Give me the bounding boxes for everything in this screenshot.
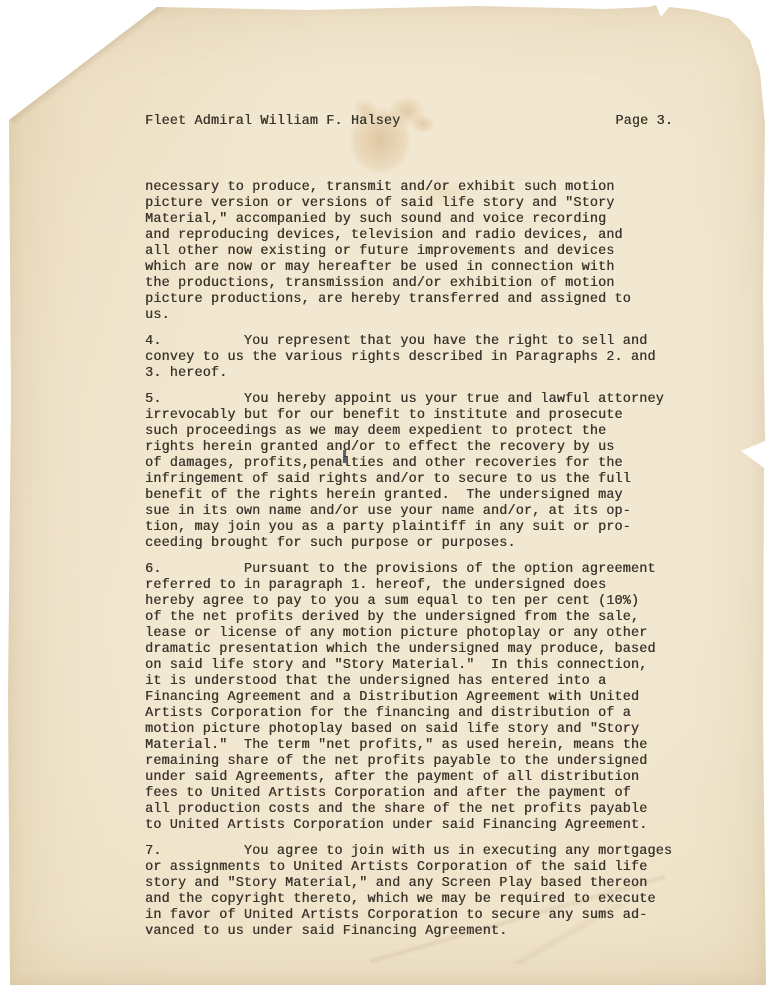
page-header: Fleet Admiral William F. Halsey Page 3. xyxy=(145,114,673,130)
clipped-corner-fold xyxy=(8,0,168,126)
document-page: Fleet Admiral William F. Halsey Page 3. … xyxy=(8,4,766,985)
header-title: Fleet Admiral William F. Halsey xyxy=(145,114,400,130)
page-number: Page 3. xyxy=(615,114,673,130)
paragraph-clause-4: 4. You represent that you have the right… xyxy=(145,334,673,382)
ink-overstrike-mark xyxy=(343,450,346,463)
document-body: necessary to produce, transmit and/or ex… xyxy=(145,180,673,940)
paragraph-clause-6: 6. Pursuant to the provisions of the opt… xyxy=(145,562,673,834)
typewritten-content: Fleet Admiral William F. Halsey Page 3. … xyxy=(145,114,673,940)
paragraph-clause-5: 5. You hereby appoint us your true and l… xyxy=(145,392,673,552)
paragraph-clause-7: 7. You agree to join with us in executin… xyxy=(145,844,673,940)
document-scan: Fleet Admiral William F. Halsey Page 3. … xyxy=(0,0,777,1000)
paragraph-continuation: necessary to produce, transmit and/or ex… xyxy=(145,180,673,324)
